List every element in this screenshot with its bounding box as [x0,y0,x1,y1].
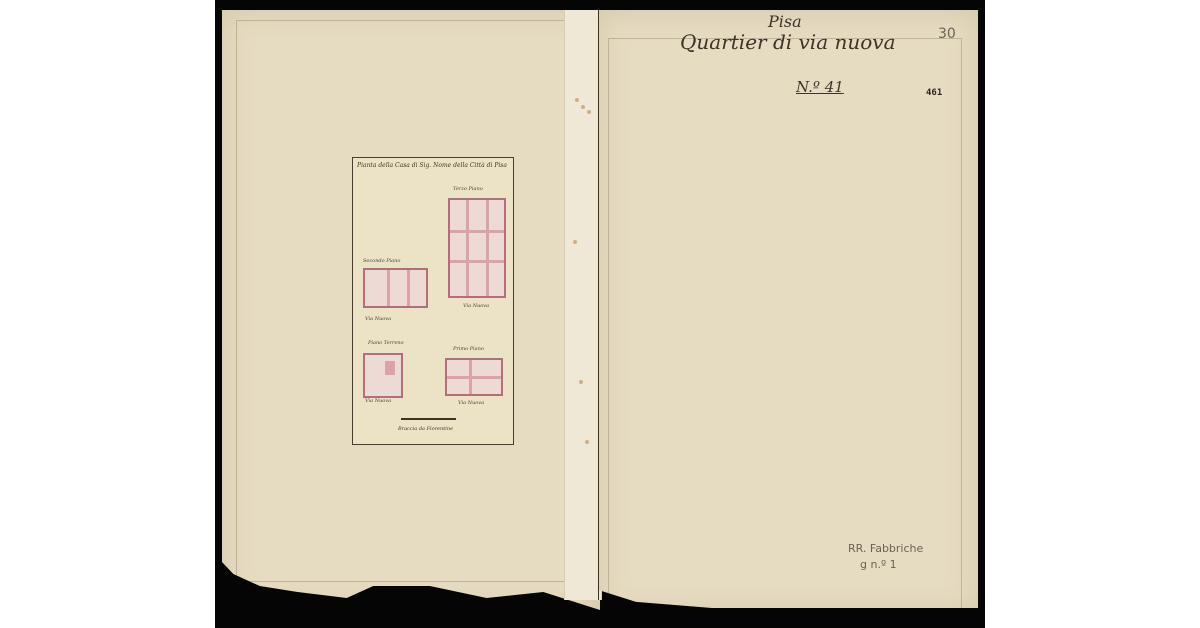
pencil-note-line1: RR. Fabbriche [848,542,923,555]
left-leaf: Pianta della Casa di Sig. Nome della Cit… [222,10,600,610]
item-number: N.º 41 [796,78,844,96]
right-page-border [608,38,962,610]
stamp-number: 461 [926,88,942,98]
right-leaf: Pisa Quartier di via nuova 30 N.º 41 461… [598,10,978,614]
floor-label-terzo: Terzo Piano [453,186,483,192]
street-label-terzo: Via Nuova [463,303,489,309]
scale-bar [401,418,456,420]
district-heading: Quartier di via nuova [680,30,896,54]
place-heading: Pisa [768,12,802,31]
binding-tape [564,10,602,600]
scan-background: Pianta della Casa di Sig. Nome della Cit… [215,0,985,628]
spine-fold [598,10,599,600]
floor-plan-secondo [363,268,428,308]
floor-label-secondo: Secondo Piano [363,258,400,264]
plan-title: Pianta della Casa di Sig. Nome della Cit… [357,162,507,170]
floor-label-terreno: Piano Terreno [368,340,404,346]
street-label-terreno: Via Nuova [365,398,391,404]
street-label-primo: Via Nuova [458,400,484,406]
folio-number: 30 [938,26,956,42]
scale-label: Braccia da Fiorentine [398,426,453,432]
floor-label-primo: Primo Piano [453,346,484,352]
floor-plan-terzo [448,198,506,298]
floor-plan-primo [445,358,503,396]
floor-plan-terreno [363,353,403,398]
pencil-note-line2: g n.º 1 [860,558,897,571]
floor-plan-drawing: Pianta della Casa di Sig. Nome della Cit… [352,157,514,445]
street-label-secondo: Via Nuova [365,316,391,322]
